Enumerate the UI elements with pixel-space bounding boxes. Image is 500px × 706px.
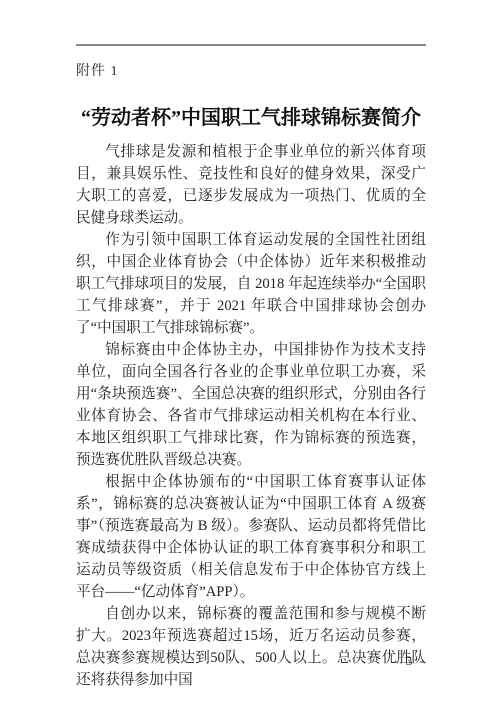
page-title: “劳动者杯”中国职工气排球锦标赛简介 — [74, 101, 428, 130]
paragraph-scale: 自创办以来，锦标赛的覆盖范围和参与规模不断扩大。2023年预选赛超过15场，近万… — [76, 603, 426, 691]
document-page: 附件 1 “劳动者杯”中国职工气排球锦标赛简介 气排球是发源和植根于企事业单位的… — [0, 0, 500, 706]
page-number: - 3 - — [394, 653, 426, 669]
paragraph-history: 作为引领中国职工体育运动发展的全国性社团组织，中国企业体育协会（中企体协）近年来… — [76, 229, 426, 339]
header-rule — [76, 44, 426, 46]
paragraph-certification: 根据中企体协颁布的“中国职工体育赛事认证体系”，锦标赛的总决赛被认证为“中国职工… — [76, 471, 426, 603]
paragraph-organization: 锦标赛由中企体协主办，中国排协作为技术支持单位，面向全国各行各业的企事业单位职工… — [76, 339, 426, 471]
attachment-label: 附件 1 — [76, 60, 119, 80]
document-body: 气排球是发源和植根于企事业单位的新兴体育项目，兼具娱乐性、竞技性和良好的健身效果… — [76, 141, 426, 691]
paragraph-intro: 气排球是发源和植根于企事业单位的新兴体育项目，兼具娱乐性、竞技性和良好的健身效果… — [76, 141, 426, 229]
